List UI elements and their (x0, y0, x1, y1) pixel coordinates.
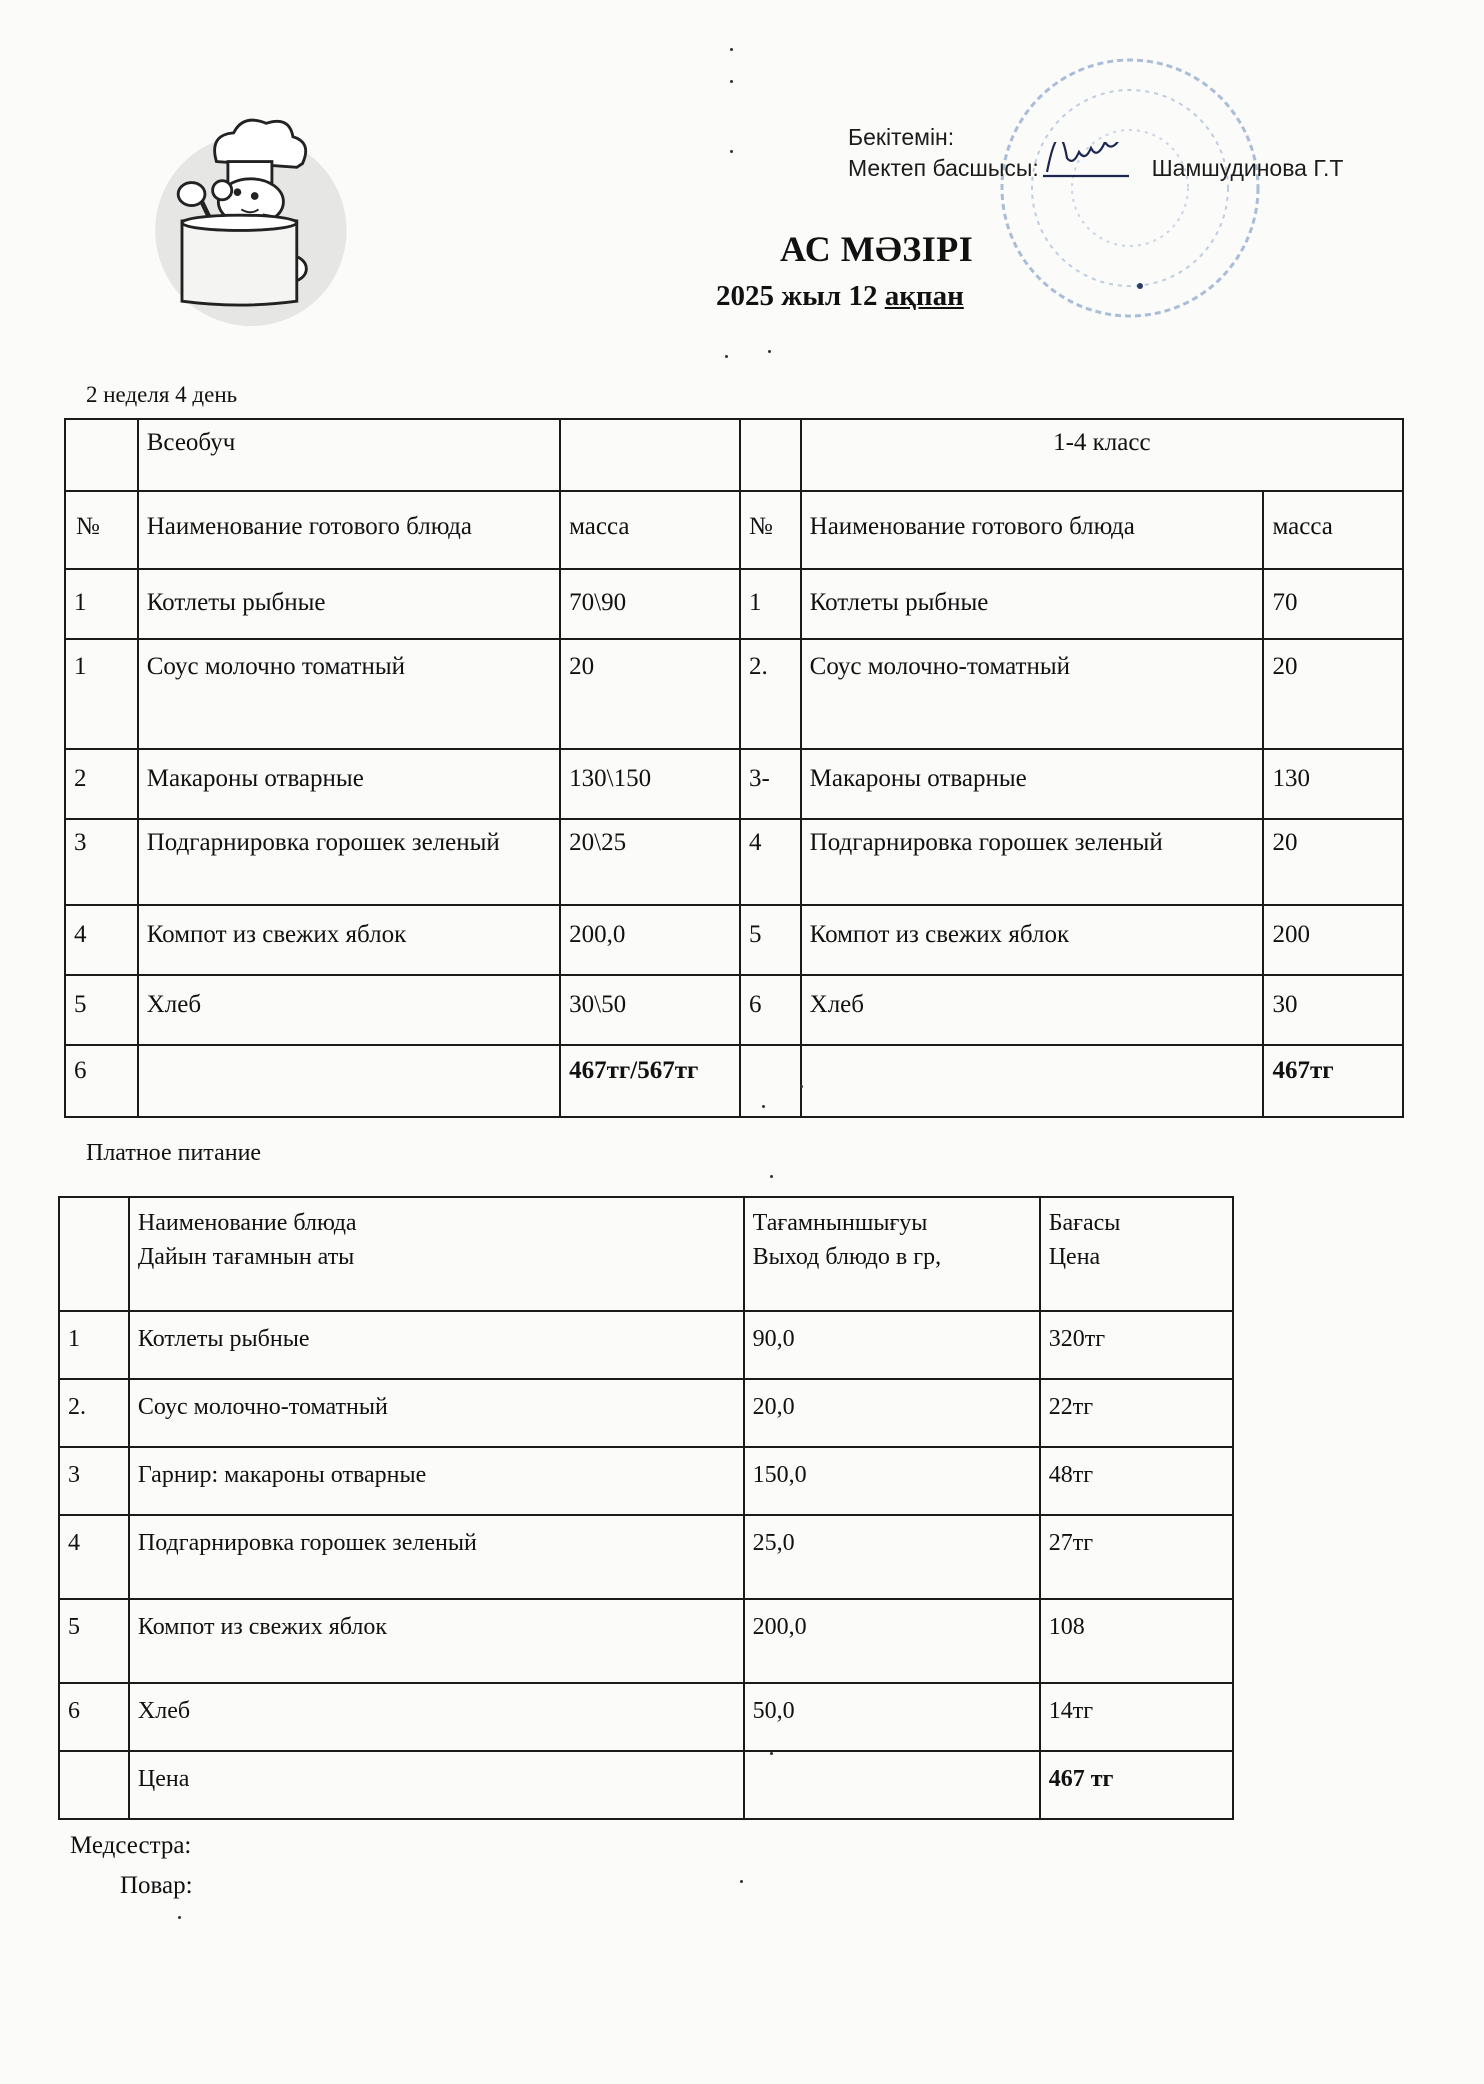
table-total-row: Цена 467 тг (59, 1751, 1233, 1819)
column-num: № (65, 491, 138, 569)
table-row: 1 Котлеты рыбные 90,0 320тг (59, 1311, 1233, 1379)
scan-speck (768, 350, 771, 353)
table-row: 1 Котлеты рыбные 70\90 1 Котлеты рыбные … (65, 569, 1403, 639)
page-title: АС МӘЗІРІ (780, 228, 973, 270)
school-seal-stamp (990, 48, 1270, 328)
cook-signature-label: Повар: (120, 1872, 193, 1900)
table-group-header: Всеобуч 1-4 класс (65, 419, 1403, 491)
left-total: 467тг/567тг (560, 1045, 740, 1117)
scan-speck (178, 1916, 181, 1919)
table-row: 2. Соус молочно-томатный 20,0 22тг (59, 1379, 1233, 1447)
date-prefix: 2025 жыл 12 (716, 280, 877, 312)
date-month: ақпан (885, 280, 964, 312)
column-mass-2: масса (1263, 491, 1403, 569)
group-title-1-4-class: 1-4 класс (801, 419, 1403, 491)
total-price: 467 тг (1040, 1751, 1233, 1819)
column-output: Тағамныншығуы Выход блюдо в гр, (744, 1197, 1040, 1311)
scan-speck (730, 48, 733, 51)
table-column-header: № Наименование готового блюда масса № На… (65, 491, 1403, 569)
chef-illustration-icon (138, 108, 358, 328)
right-total: 467тг (1263, 1045, 1403, 1117)
principal-label: Мектеп басшысы: (848, 155, 1039, 181)
week-day-label: 2 неделя 4 день (86, 382, 237, 408)
total-label: Цена (129, 1751, 744, 1819)
scan-speck (730, 80, 733, 83)
menu-date: 2025 жыл 12 ақпан (716, 280, 964, 313)
column-num-2: № (740, 491, 801, 569)
table-row: 4 Компот из свежих яблок 200,0 5 Компот … (65, 905, 1403, 975)
scan-speck (770, 1175, 773, 1178)
table-row: 1 Соус молочно томатный 20 2. Соус молоч… (65, 639, 1403, 749)
scan-speck (770, 1752, 773, 1755)
free-meal-menu-table: Всеобуч 1-4 класс № Наименование готовог… (64, 418, 1404, 1118)
group-title-vseobuch: Всеобуч (138, 419, 560, 491)
column-price: Бағасы Цена (1040, 1197, 1233, 1311)
table-row: 4 Подгарнировка горошек зеленый 25,0 27т… (59, 1515, 1233, 1599)
table-total-row: 6 467тг/567тг 467тг (65, 1045, 1403, 1117)
scan-speck (762, 1105, 765, 1108)
table-row: 2 Макароны отварные 130\150 3- Макароны … (65, 749, 1403, 819)
column-mass: масса (560, 491, 740, 569)
table-row: 3 Гарнир: макароны отварные 150,0 48тг (59, 1447, 1233, 1515)
scan-speck (730, 150, 733, 153)
column-dish-name: Наименование блюда Дайын тағамнын аты (129, 1197, 744, 1311)
table-row: 5 Хлеб 30\50 6 Хлеб 30 (65, 975, 1403, 1045)
nurse-signature-label: Медсестра: (70, 1832, 191, 1860)
table-row: 3 Подгарнировка горошек зеленый 20\25 4 … (65, 819, 1403, 905)
scan-speck (725, 355, 728, 358)
column-name: Наименование готового блюда (138, 491, 560, 569)
table-column-header: Наименование блюда Дайын тағамнын аты Та… (59, 1197, 1233, 1311)
approval-block: Бекітемін: Мектеп басшысы: Шамшудинова Г… (848, 122, 1343, 184)
table-row: 5 Компот из свежих яблок 200,0 108 (59, 1599, 1233, 1683)
table-row: 6 Хлеб 50,0 14тг (59, 1683, 1233, 1751)
paid-meals-label: Платное питание (86, 1140, 261, 1167)
scan-speck (800, 1085, 803, 1088)
principal-name: Шамшудинова Г.Т (1152, 155, 1344, 181)
column-name-2: Наименование готового блюда (801, 491, 1264, 569)
paid-meals-table: Наименование блюда Дайын тағамнын аты Та… (58, 1196, 1234, 1820)
scan-speck (740, 1880, 743, 1883)
